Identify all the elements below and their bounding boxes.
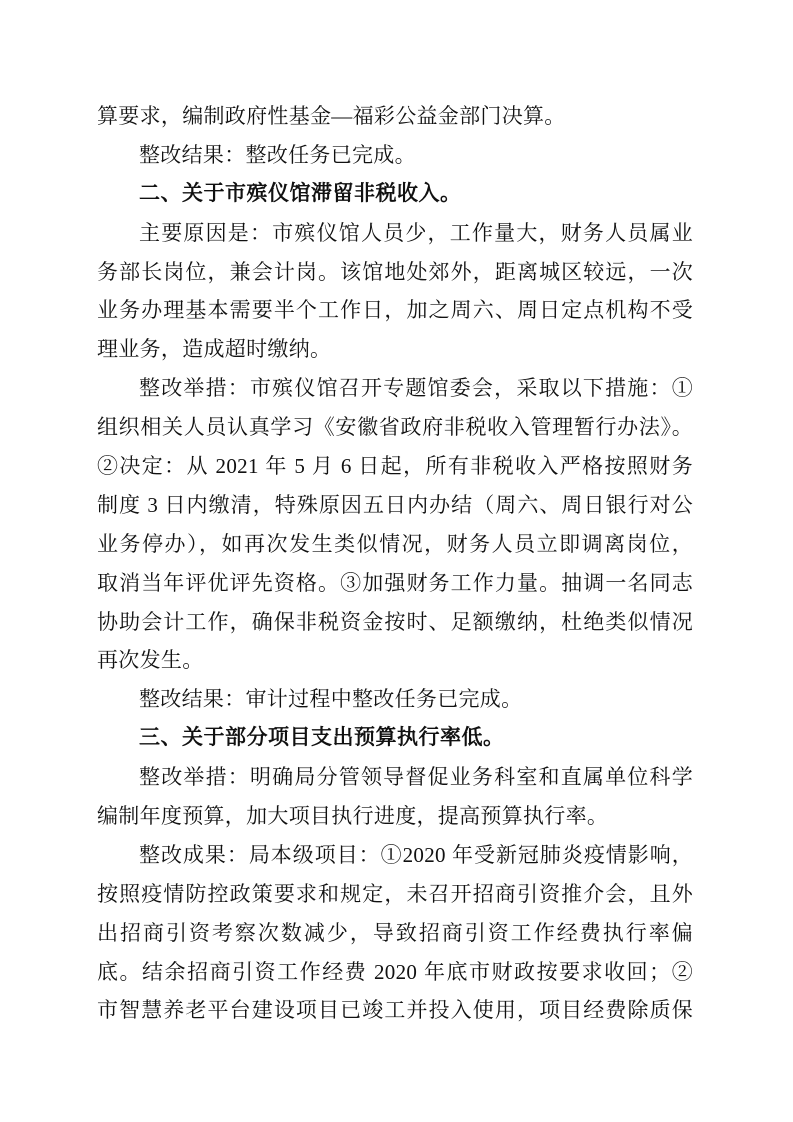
text-line: 理业务，造成超时缴纳。 (97, 330, 693, 369)
text-line: 业务办理基本需要半个工作日，加之周六、周日定点机构不受 (97, 291, 693, 330)
text-line: 业务停办），如再次发生类似情况，财务人员立即调离岗位， (97, 525, 693, 564)
document-body: 算要求，编制政府性基金—福彩公益金部门决算。整改结果：整改任务已完成。二、关于市… (97, 97, 693, 1030)
document-page: 算要求，编制政府性基金—福彩公益金部门决算。整改结果：整改任务已完成。二、关于市… (0, 0, 793, 1122)
text-line: 协助会计工作，确保非税资金按时、足额缴纳，杜绝类似情况 (97, 603, 693, 642)
text-line: 编制年度预算，加大项目执行进度，提高预算执行率。 (97, 797, 693, 836)
text-line: 取消当年评优评先资格。③加强财务工作力量。抽调一名同志 (97, 564, 693, 603)
text-line: 整改结果：审计过程中整改任务已完成。 (97, 680, 693, 719)
section-heading: 三、关于部分项目支出预算执行率低。 (97, 719, 693, 758)
text-line: 底。结余招商引资工作经费 2020 年底市财政按要求收回；② (97, 953, 693, 992)
text-line: 按照疫情防控政策要求和规定，未召开招商引资推介会，且外 (97, 875, 693, 914)
text-line: ②决定：从 2021 年 5 月 6 日起，所有非税收入严格按照财务 (97, 447, 693, 486)
text-line: 整改结果：整改任务已完成。 (97, 136, 693, 175)
text-line: 出招商引资考察次数减少，导致招商引资工作经费执行率偏 (97, 914, 693, 953)
text-line: 算要求，编制政府性基金—福彩公益金部门决算。 (97, 97, 693, 136)
text-line: 组织相关人员认真学习《安徽省政府非税收入管理暂行办法》。 (97, 408, 693, 447)
text-line: 整改成果：局本级项目：①2020 年受新冠肺炎疫情影响， (97, 836, 693, 875)
section-heading: 二、关于市殡仪馆滞留非税收入。 (97, 175, 693, 214)
text-line: 整改举措：明确局分管领导督促业务科室和直属单位科学 (97, 758, 693, 797)
text-line: 制度 3 日内缴清，特殊原因五日内办结（周六、周日银行对公 (97, 486, 693, 525)
text-line: 主要原因是：市殡仪馆人员少，工作量大，财务人员属业 (97, 214, 693, 253)
text-line: 整改举措：市殡仪馆召开专题馆委会，采取以下措施：① (97, 369, 693, 408)
text-line: 再次发生。 (97, 641, 693, 680)
text-line: 市智慧养老平台建设项目已竣工并投入使用，项目经费除质保 (97, 991, 693, 1030)
text-line: 务部长岗位，兼会计岗。该馆地处郊外，距离城区较远，一次 (97, 253, 693, 292)
